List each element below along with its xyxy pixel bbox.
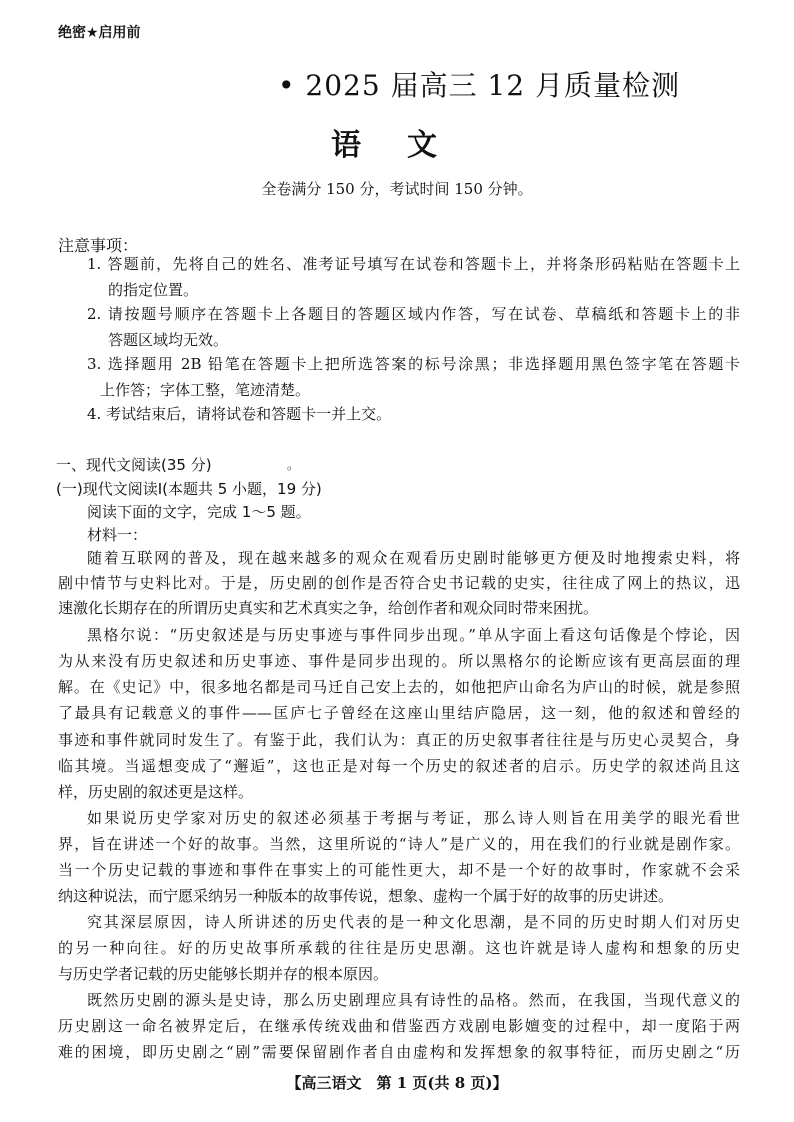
passage-line: 事迹和事件就同时发生了。有鉴于此，我们认为：真正的历史叙事者往往是与历史心灵契合… [58,729,740,752]
material-label: 材料一： [87,524,769,547]
passage-line: 临其境。当遥想变成了“邂逅”，这也正是对每一个历史的叙述者的启示。历史学的叙述尚… [58,755,740,778]
notice-line: 上作答；字体工整，笔迹清楚。 [100,379,782,402]
stray-mark: 。 [287,456,299,473]
passage-line: 为从来没有历史叙述和历史事迹、事件是同步出现的。所以黑格尔的论断应该有更高层面的… [58,650,740,673]
notice-line: 的指定位置。 [108,279,790,302]
passage-line: 剧中情节与史料比对。于是，历史剧的创作是否符合史书记载的史实，往往成了网上的热议… [58,572,740,595]
notice-line: 3. 选择题用 2B 铅笔在答题卡上把所选答案的标号涂黑；非选择题用黑色签字笔在… [87,353,740,376]
section-title: 一、现代文阅读(35 分) [56,454,738,477]
passage-line: 难的困境，即历史剧之“剧”需要保留剧作者自由虚构和发挥想象的叙事特征，而历史剧之… [58,1041,740,1064]
notice-line: 4. 考试结束后，请将试卷和答题卡一并上交。 [87,403,769,426]
instruction: 阅读下面的文字，完成 1～5 题。 [87,501,769,524]
passage-line: 既然历史剧的源头是史诗，那么历史剧理应具有诗性的品格。然而，在我国，当现代意义的 [87,989,740,1012]
exam-meta: 全卷满分 150 分，考试时间 150 分钟。 [0,178,794,199]
passage-line: 历史剧这一命名被界定后，在继承传统戏曲和借鉴西方戏剧电影嬗变的过程中，却一度陷于… [58,1015,740,1038]
passage-line: 界，旨在讲述一个好的故事。当然，这里所说的“诗人”是广义的，用在我们的行业就是剧… [58,833,740,856]
notice-line: 答题区域均无效。 [108,329,790,352]
passage-line: 当一个历史记载的事迹和事件在事实上的可能性更大，却不是一个好的故事时，作家就不会… [58,859,740,882]
passage-line: 速激化长期存在的所谓历史真实和艺术真实之争，给创作者和观众同时带来困扰。 [58,597,740,620]
passage-line: 究其深层原因，诗人所讲述的历史代表的是一种文化思潮，是不同的历史时期人们对历史 [87,911,740,934]
passage-line: 与历史学者记载的历史能够长期并存的根本原因。 [58,963,740,986]
passage-line: 随着互联网的普及，现在越来越多的观众在观看历史剧时能够更方便及时地搜索史料，将 [87,547,740,570]
passage-line: 样，历史剧的叙述更是这样。 [58,781,740,804]
passage-line: 如果说历史学家对历史的叙述必须基于考据与考证，那么诗人则旨在用美学的眼光看世 [87,807,740,830]
page-footer: 【高三语文 第 1 页(共 8 页)】 [0,1072,794,1093]
passage-line: 了最具有记载意义的事件——匡庐七子曾经在这座山里结庐隐居，这一刻，他的叙述和曾经… [58,702,740,725]
notice-line: 1. 答题前，先将自己的姓名、准考证号填写在试卷和答题卡上，并将条形码粘贴在答题… [87,253,740,276]
passage-line: 的另一种向往。好的历史故事所承载的往往是历史思潮。这也许就是诗人虚构和想象的历史 [58,937,740,960]
passage-line: 纳这种说法，而宁愿采纳另一种版本的故事传说，想象、虚构一个属于好的故事的历史讲述… [58,885,740,908]
passage-line: 解。在《史记》中，很多地名都是司马迁自己安上去的，如他把庐山命名为庐山的时候，就… [58,676,740,699]
passage-line: 黑格尔说：“历史叙述是与历史事迹与事件同步出现。”单从字面上看这句话像是个悖论，… [87,624,740,647]
notice-line: 2. 请按题号顺序在答题卡上各题目的答题区域内作答，写在试卷、草稿纸和答题卡上的… [87,303,740,326]
subsection-title: (一)现代文阅读Ⅰ(本题共 5 小题，19 分) [56,478,738,501]
confidential-label: 绝密★启用前 [58,22,141,42]
exam-title: • 2025 届高三 12 月质量检测 [278,64,680,104]
subject-title: 语文 [331,120,483,164]
